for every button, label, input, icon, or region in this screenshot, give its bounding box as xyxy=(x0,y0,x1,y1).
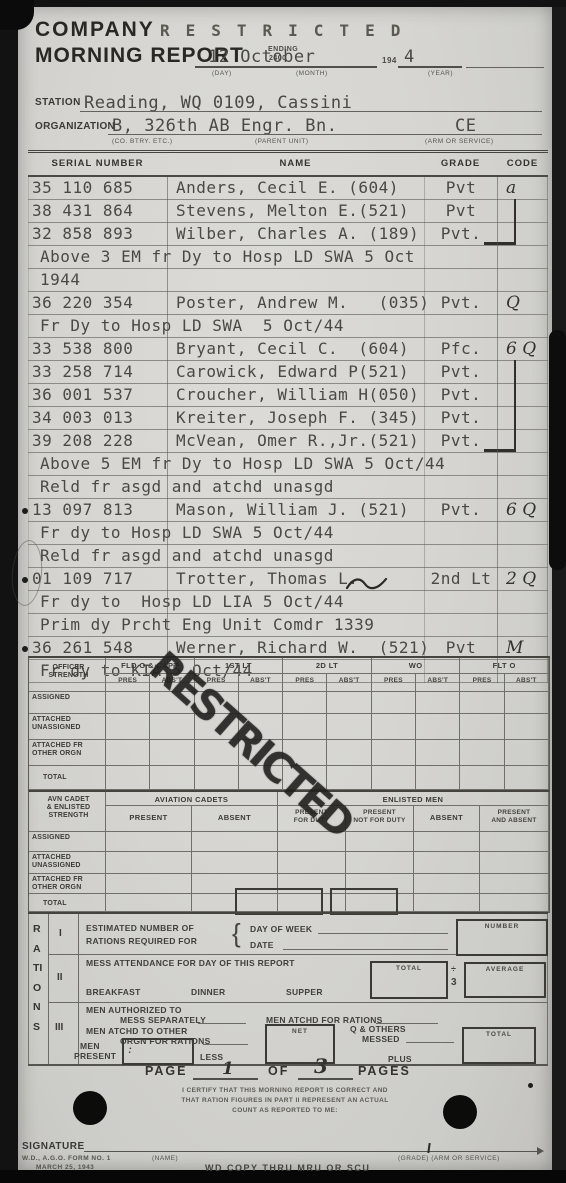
roster-row: 33 538 800 Bryant, Cecil C. (604) Pfc. 6… xyxy=(28,338,548,361)
grid-cell xyxy=(106,874,192,894)
code-cell: 6 Q xyxy=(506,500,536,520)
row-label: OTHER ORGN xyxy=(32,884,105,892)
net-box-label: NET xyxy=(267,1026,333,1035)
roster-header-row: SERIAL NUMBER NAME GRADE CODE xyxy=(28,153,548,177)
grid-cell xyxy=(414,832,480,852)
row-attached-unassigned: ATTACHEDUNASSIGNED xyxy=(29,852,106,874)
form-id: W.D., A.G.O. FORM NO. 1 xyxy=(22,1155,111,1162)
officer-label-line1: OFFICER xyxy=(32,664,105,672)
serial-cell: 32 858 893 xyxy=(32,224,133,244)
grid-cell xyxy=(192,832,278,852)
grid-cell xyxy=(283,692,327,714)
total-box-2 xyxy=(330,888,398,915)
grid-cell xyxy=(414,852,480,874)
serial-cell: 33 538 800 xyxy=(32,339,133,359)
year-prefix: 194 xyxy=(382,56,397,65)
rations-ii-title: MESS ATTENDANCE FOR DAY OF THIS REPORT xyxy=(86,958,295,968)
enlisted-strength-label: AVN CADET & ENLISTED STRENGTH xyxy=(29,792,106,832)
total-box-iii-label: TOTAL xyxy=(464,1029,534,1038)
arm-service-value: CE xyxy=(455,116,476,136)
roster-body: 35 110 685 Anders, Cecil E. (604) Pvt a … xyxy=(28,177,548,683)
numeral-ii: II xyxy=(57,972,63,983)
col-cadets-present: PRESENT xyxy=(106,806,192,832)
sub-pres: PRES xyxy=(283,674,327,692)
total-pages: 3 xyxy=(314,1054,328,1078)
grade-cell: Pvt. xyxy=(426,293,496,313)
co-btry-label: (CO. BTRY. ETC.) xyxy=(112,138,173,145)
col-grade: GRADE xyxy=(424,158,497,169)
roster-row: 35 110 685 Anders, Cecil E. (604) Pvt a xyxy=(28,177,548,200)
name-cell: Poster, Andrew M. (035) xyxy=(176,293,429,313)
enlisted-label-line3: STRENGTH xyxy=(32,812,105,820)
rations-divider-letters xyxy=(48,914,49,1064)
handwritten-bracket xyxy=(484,429,516,452)
col-label: AND ABSENT xyxy=(480,817,548,825)
scan-edge-top xyxy=(0,0,566,7)
grid-cell xyxy=(372,766,416,790)
enlisted-label-line2: & ENLISTED xyxy=(32,804,105,812)
code-cell: Q xyxy=(506,293,520,313)
handwritten-bracket xyxy=(484,222,516,245)
grade-cell: Pvt xyxy=(426,178,496,198)
men-atchd-other-l1: MEN ATCHD TO OTHER xyxy=(86,1026,188,1036)
group-2d-lt: 2D LT xyxy=(283,658,372,674)
cert-line1: I CERTIFY THAT THIS MORNING REPORT IS CO… xyxy=(130,1086,440,1096)
date-underline2 xyxy=(283,949,448,950)
men-authorized-l2: MESS SEPARATELY xyxy=(120,1015,206,1025)
parent-unit-label: (PARENT UNIT) xyxy=(255,138,309,145)
page-label: PAGE xyxy=(145,1064,188,1078)
roster-row: 36 001 537 Croucher, William H(050) Pvt. xyxy=(28,384,548,407)
pages-label: PAGES xyxy=(358,1064,411,1078)
roster-divider-right xyxy=(547,177,548,683)
group-flt-o: FLT O xyxy=(460,658,549,674)
roster-row: 01 109 717 Trotter, Thomas L. 2nd Lt 2 Q xyxy=(28,568,548,591)
row-label: ATTACHED FR xyxy=(32,876,105,884)
roster-row: 13 097 813 Mason, William J. (521) Pvt. … xyxy=(28,499,548,522)
row-label: UNASSIGNED xyxy=(32,724,105,732)
col-code: CODE xyxy=(497,158,548,169)
serial-cell: 36 001 537 xyxy=(32,385,133,405)
note-cell: Above 5 EM fr Dy to Hosp LD SWA 5 Oct/44 xyxy=(40,454,445,474)
day-label: (DAY) xyxy=(212,70,232,77)
grid-cell xyxy=(372,740,416,766)
restricted-stamp-top: RESTRICTED xyxy=(160,21,416,40)
handwritten-bracket xyxy=(484,406,516,429)
note-cell: Reld fr asgd and atchd unasgd xyxy=(40,477,334,497)
grid-cell xyxy=(327,714,371,740)
average-box: AVERAGE xyxy=(464,962,546,998)
scan-edge-right xyxy=(552,0,566,1183)
organization-value: B, 326th AB Engr. Bn. xyxy=(112,116,337,136)
grid-cell xyxy=(278,852,346,874)
roster-row: Above 5 EM fr Dy to Hosp LD SWA 5 Oct/44 xyxy=(28,453,548,476)
breakfast-label: BREAKFAST xyxy=(86,987,141,997)
rations-divider-numerals xyxy=(78,914,79,1064)
row-label: ATTACHED xyxy=(32,854,105,862)
of-label: OF xyxy=(268,1064,289,1078)
hole-punch-right xyxy=(443,1095,477,1129)
sub-pres: PRES xyxy=(372,674,416,692)
station-label: STATION xyxy=(35,97,81,108)
handwritten-bracket xyxy=(484,199,516,222)
handwritten-bracket xyxy=(484,383,516,406)
rations-divider-ii-iii xyxy=(48,1002,548,1003)
station-value: Reading, WQ 0109, Cassini xyxy=(84,93,352,113)
col-serial-number: SERIAL NUMBER xyxy=(28,158,167,169)
roster-divider-left xyxy=(28,177,29,683)
grid-cell xyxy=(327,692,371,714)
grid-cell xyxy=(283,714,327,740)
grid-cell xyxy=(346,852,414,874)
roster-row: Prim dy Prcht Eng Unit Comdr 1339 xyxy=(28,614,548,637)
row-attached-unassigned: ATTACHEDUNASSIGNED xyxy=(29,714,106,740)
row-label: TOTAL xyxy=(43,900,105,908)
roster-row: 32 858 893 Wilber, Charles A. (189) Pvt. xyxy=(28,223,548,246)
roster-row: 34 003 013 Kreiter, Joseph F. (345) Pvt. xyxy=(28,407,548,430)
serial-cell: 39 208 228 xyxy=(32,431,133,451)
grid-cell xyxy=(505,714,549,740)
rations-date: DATE xyxy=(250,940,274,950)
name-cell: Anders, Cecil E. (604) xyxy=(176,178,399,198)
officer-label-line2: STRENGTH xyxy=(32,672,105,680)
roster-divider-2 xyxy=(424,177,425,683)
orgn-rations-line xyxy=(203,1044,248,1045)
serial-cell: 33 258 714 xyxy=(32,362,133,382)
day-underline xyxy=(318,933,448,934)
name-cell: Mason, William J. (521) xyxy=(176,500,409,520)
grid-cell xyxy=(480,894,549,912)
scan-shadow-right xyxy=(549,330,566,570)
supper-label: SUPPER xyxy=(286,987,323,997)
organization-label: ORGANIZATION xyxy=(35,121,115,132)
row-label: ATTACHED FR xyxy=(32,742,105,750)
note-cell: Fr dy to Hosp LD SWA 5 Oct/44 xyxy=(40,523,334,543)
grid-cell xyxy=(192,852,278,874)
grid-cell xyxy=(414,874,480,894)
handwritten-squiggle xyxy=(345,576,389,592)
cert-line2: THAT RATION FIGURES IN PART II REPRESENT… xyxy=(130,1096,440,1106)
roster-row: 33 258 714 Carowick, Edward P(521) Pvt. xyxy=(28,361,548,384)
messed-line xyxy=(406,1042,454,1043)
arm-or-service-label: (ARM OR SERVICE) xyxy=(425,138,494,145)
note-cell: Reld fr asgd and atchd unasgd xyxy=(40,546,334,566)
row-attached-fr-other: ATTACHED FROTHER ORGN xyxy=(29,874,106,894)
morning-report-scan: COMPANY RESTRICTED MORNING REPORT ENDING… xyxy=(0,0,566,1183)
grid-cell xyxy=(106,692,150,714)
year-label: (YEAR) xyxy=(428,70,453,77)
signature-line xyxy=(84,1151,540,1152)
roster-row: Reld fr asgd and atchd unasgd xyxy=(28,476,548,499)
rations-vertical-label: RATIONS xyxy=(33,920,45,1037)
q-others-l1: Q & OTHERS xyxy=(350,1024,406,1034)
grid-cell xyxy=(460,714,504,740)
serial-cell: 38 431 864 xyxy=(32,201,133,221)
station-underline xyxy=(80,111,542,112)
note-cell: Fr Dy to Hosp LD SWA 5 Oct/44 xyxy=(40,316,344,336)
name-cell: Werner, Richard W. (521) xyxy=(176,638,429,658)
organization-underline xyxy=(108,134,542,135)
total-box: TOTAL xyxy=(370,961,448,999)
year-underline xyxy=(398,66,462,68)
roster-row: 38 431 864 Stevens, Melton E.(521) Pvt xyxy=(28,200,548,223)
row-assigned: ASSIGNED xyxy=(29,692,106,714)
col-label: NOT FOR DUTY xyxy=(346,817,413,825)
col-label: PRESENT xyxy=(480,809,548,817)
roster-divider-1 xyxy=(167,177,168,683)
grid-cell xyxy=(505,766,549,790)
grid-cell xyxy=(106,740,150,766)
name-cell: Stevens, Melton E.(521) xyxy=(176,201,409,221)
page-line-2 xyxy=(298,1078,353,1080)
roster-row: 39 208 228 McVean, Omer R.,Jr.(521) Pvt. xyxy=(28,430,548,453)
men-present-l1: MEN xyxy=(80,1041,100,1051)
grade-cell: Pfc. xyxy=(426,339,496,359)
grade-cell: Pvt xyxy=(426,638,496,658)
col-cadets-absent: ABSENT xyxy=(192,806,278,832)
form-date: MARCH 25, 1943 xyxy=(36,1164,94,1171)
row-total: TOTAL xyxy=(29,766,106,790)
total-box-1 xyxy=(235,888,323,915)
code-cell: M xyxy=(506,638,523,658)
total-box-iii: TOTAL xyxy=(462,1027,536,1064)
plus-label: PLUS xyxy=(388,1054,412,1064)
name-cell: Carowick, Edward P(521) xyxy=(176,362,409,382)
cert-line3: COUNT AS REPORTED TO ME: xyxy=(130,1106,440,1116)
signature-label: SIGNATURE xyxy=(22,1141,85,1152)
grid-cell xyxy=(195,766,239,790)
certification-text: I CERTIFY THAT THIS MORNING REPORT IS CO… xyxy=(130,1086,440,1116)
row-label: UNASSIGNED xyxy=(32,862,105,870)
grid-cell xyxy=(416,740,460,766)
form-title-company: COMPANY xyxy=(35,18,155,42)
row-label: ATTACHED xyxy=(32,716,105,724)
roster-row: Fr Dy to Hosp LD SWA 5 Oct/44 xyxy=(28,315,548,338)
row-label: ASSIGNED xyxy=(32,694,105,702)
average-box-label: AVERAGE xyxy=(466,964,544,973)
grid-cell xyxy=(106,714,150,740)
roster-row: Fr dy to Hosp LD LIA 5 Oct/44 xyxy=(28,591,548,614)
note-cell: Prim dy Prcht Eng Unit Comdr 1339 xyxy=(40,615,374,635)
note-cell: 1944 xyxy=(40,270,81,290)
code-cell: a xyxy=(506,178,516,198)
group-1st-lt: 1ST LT xyxy=(195,658,284,674)
code-cell: 2 Q xyxy=(506,569,536,589)
grid-cell xyxy=(372,714,416,740)
divide-by-three: 3 xyxy=(451,977,457,988)
grid-cell xyxy=(416,766,460,790)
grid-cell xyxy=(416,692,460,714)
serial-cell: 34 003 013 xyxy=(32,408,133,428)
copy-note: WD COPY THRU MRU OR SCU xyxy=(205,1163,370,1173)
name-cell: McVean, Omer R.,Jr.(521) xyxy=(176,431,419,451)
roster-table: SERIAL NUMBER NAME GRADE CODE 35 110 685… xyxy=(28,150,548,683)
code-cell: 6 Q xyxy=(506,339,536,359)
row-attached-fr-other: ATTACHED FROTHER ORGN xyxy=(29,740,106,766)
serial-cell: 01 109 717 xyxy=(32,569,133,589)
hole-punch-left xyxy=(73,1091,107,1125)
grid-cell xyxy=(480,832,549,852)
year-value: 4 xyxy=(404,47,415,67)
brace: { xyxy=(232,918,241,949)
officer-strength-label: OFFICER STRENGTH xyxy=(29,658,106,692)
roster-row: Fr dy to Hosp LD SWA 5 Oct/44 xyxy=(28,522,548,545)
less-label: LESS xyxy=(200,1052,223,1062)
roster-divider-3 xyxy=(497,177,498,683)
col-present-and-absent: PRESENTAND ABSENT xyxy=(480,806,549,832)
name-cell: Bryant, Cecil C. (604) xyxy=(176,339,409,359)
name-label: (NAME) xyxy=(152,1155,178,1162)
grid-cell xyxy=(106,852,192,874)
serial-cell: 36 261 548 xyxy=(32,638,133,658)
grade-cell: Pvt. xyxy=(426,500,496,520)
rations-i-line1: ESTIMATED NUMBER OF xyxy=(86,923,194,933)
handwritten-bracket xyxy=(484,360,516,383)
grid-cell xyxy=(106,832,192,852)
mess-sep-line xyxy=(198,1023,246,1024)
note-cell: Above 3 EM fr Dy to Hosp LD SWA 5 Oct xyxy=(40,247,415,267)
grid-cell xyxy=(460,740,504,766)
row-label: TOTAL xyxy=(43,774,105,782)
grid-cell xyxy=(106,894,192,912)
roster-row: 1944 xyxy=(28,269,548,292)
row-total: TOTAL xyxy=(29,894,106,912)
men-present-l2: PRESENT xyxy=(74,1051,116,1061)
total-box-label: TOTAL xyxy=(372,963,446,972)
grid-cell xyxy=(460,766,504,790)
name-cell: Croucher, William H(050) xyxy=(176,385,419,405)
rations-border-left xyxy=(28,914,29,1064)
grid-cell xyxy=(460,692,504,714)
numeral-iii: III xyxy=(55,1022,63,1033)
enlisted-label-line1: AVN CADET xyxy=(32,796,105,804)
name-cell: Trotter, Thomas L. xyxy=(176,569,358,589)
roster-row: Above 3 EM fr Dy to Hosp LD SWA 5 Oct xyxy=(28,246,548,269)
sub-abst: ABS'T xyxy=(416,674,460,692)
grid-cell xyxy=(416,714,460,740)
note-cell: Fr dy to Hosp LD LIA 5 Oct/44 xyxy=(40,592,344,612)
month-label: (MONTH) xyxy=(296,70,328,77)
men-authorized-l1: MEN AUTHORIZED TO xyxy=(86,1005,182,1015)
sub-abst: ABS'T xyxy=(239,674,283,692)
men-present-box: : xyxy=(122,1038,194,1065)
grid-cell xyxy=(480,852,549,874)
grid-cell xyxy=(414,894,480,912)
rations-day-of-week: DAY OF WEEK xyxy=(250,924,312,934)
roster-row: 36 220 354 Poster, Andrew M. (035) Pvt. … xyxy=(28,292,548,315)
row-assigned: ASSIGNED xyxy=(29,832,106,852)
serial-cell: 36 220 354 xyxy=(32,293,133,313)
number-box: NUMBER xyxy=(456,919,548,956)
grade-arm-label: (GRADE) (ARM OR SERVICE) xyxy=(398,1155,500,1162)
grid-cell xyxy=(150,740,194,766)
col-enlisted-absent: ABSENT xyxy=(414,806,480,832)
ink-dot xyxy=(528,1083,533,1088)
row-label: ASSIGNED xyxy=(32,834,105,842)
group-aviation-cadets: AVIATION CADETS xyxy=(106,792,278,806)
dinner-label: DINNER xyxy=(191,987,225,997)
divide-sign: ÷ xyxy=(451,964,456,974)
name-cell: Wilber, Charles A. (189) xyxy=(176,224,419,244)
group-wo: WO xyxy=(372,658,461,674)
numeral-i: I xyxy=(59,928,62,939)
number-box-label: NUMBER xyxy=(458,921,546,930)
serial-cell: 35 110 685 xyxy=(32,178,133,198)
grid-cell xyxy=(327,740,371,766)
grid-cell xyxy=(505,692,549,714)
grade-cell: 2nd Lt xyxy=(426,569,496,589)
grid-cell xyxy=(505,740,549,766)
q-others-l2: MESSED xyxy=(362,1034,400,1044)
date-value: 12 October xyxy=(208,47,315,67)
grid-cell xyxy=(372,692,416,714)
page-number: 1 xyxy=(222,1059,234,1079)
rations-section: RATIONS I II III ESTIMATED NUMBER OF RAT… xyxy=(28,912,548,1066)
rations-i-line2: RATIONS REQUIRED FOR xyxy=(86,936,197,946)
arrow-icon xyxy=(537,1147,544,1155)
roster-row: Reld fr asgd and atchd unasgd xyxy=(28,545,548,568)
sub-pres: PRES xyxy=(460,674,504,692)
col-name: NAME xyxy=(167,158,424,169)
serial-cell: 13 097 813 xyxy=(32,500,133,520)
name-cell: Kreiter, Joseph F. (345) xyxy=(176,408,419,428)
row-label: OTHER ORGN xyxy=(32,750,105,758)
grid-cell xyxy=(346,832,414,852)
sub-abst: ABS'T xyxy=(327,674,371,692)
grid-cell xyxy=(480,874,549,894)
grid-cell xyxy=(106,766,150,790)
grid-cell xyxy=(150,766,194,790)
sub-abst: ABS'T xyxy=(505,674,549,692)
pen-mark: : xyxy=(128,1042,132,1056)
year-underline-tail xyxy=(466,67,544,68)
date-underline xyxy=(195,66,377,68)
